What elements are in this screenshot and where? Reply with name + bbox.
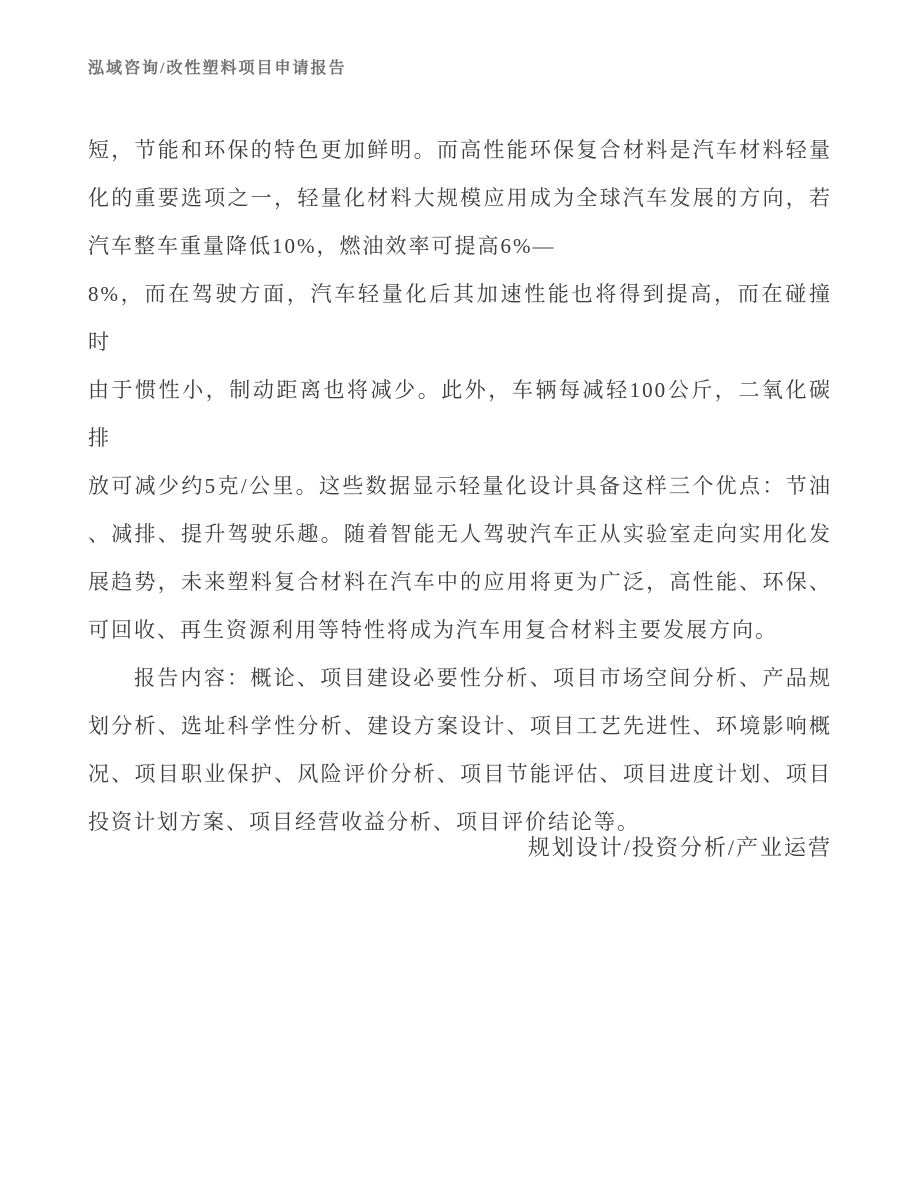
body-paragraph-1: 短，节能和环保的特色更加鲜明。而高性能环保复合材料是汽车材料轻量化的重要选项之一…: [88, 126, 832, 654]
page-header: 泓域咨询/改性塑料项目申请报告: [88, 55, 346, 78]
document-body: 短，节能和环保的特色更加鲜明。而高性能环保复合材料是汽车材料轻量化的重要选项之一…: [88, 126, 832, 846]
text-line: 短，节能和环保的特色更加鲜明。而高性能环保复合材料是汽车材料轻量: [88, 126, 832, 174]
text-line: 由于惯性小，制动距离也将减少。此外，车辆每减轻100公斤，二氧化碳排: [88, 366, 832, 462]
text-line: 化的重要选项之一，轻量化材料大规模应用成为全球汽车发展的方向，若: [88, 174, 832, 222]
text-line: 展趋势，未来塑料复合材料在汽车中的应用将更为广泛，高性能、环保、: [88, 558, 832, 606]
text-line: 8%，而在驾驶方面，汽车轻量化后其加速性能也将得到提高，而在碰撞时: [88, 270, 832, 366]
text-line: 划分析、选址科学性分析、建设方案设计、项目工艺先进性、环境影响概: [88, 702, 832, 750]
text-line: 况、项目职业保护、风险评价分析、项目节能评估、项目进度计划、项目: [88, 750, 832, 798]
page-footer: 规划设计/投资分析/产业运营: [528, 833, 832, 863]
body-paragraph-2: 报告内容：概论、项目建设必要性分析、项目市场空间分析、产品规划分析、选址科学性分…: [88, 654, 832, 846]
text-line: 可回收、再生资源利用等特性将成为汽车用复合材料主要发展方向。: [88, 606, 832, 654]
header-text: 泓域咨询/改性塑料项目申请报告: [88, 60, 346, 77]
text-line: 报告内容：概论、项目建设必要性分析、项目市场空间分析、产品规: [88, 654, 832, 702]
footer-text: 规划设计/投资分析/产业运营: [528, 835, 832, 860]
text-line: 汽车整车重量降低10%，燃油效率可提高6%—: [88, 222, 832, 270]
text-line: 放可减少约5克/公里。这些数据显示轻量化设计具备这样三个优点：节油: [88, 462, 832, 510]
text-line: 、减排、提升驾驶乐趣。随着智能无人驾驶汽车正从实验室走向实用化发: [88, 510, 832, 558]
document-page: 泓域咨询/改性塑料项目申请报告 短，节能和环保的特色更加鲜明。而高性能环保复合材…: [0, 0, 920, 1191]
